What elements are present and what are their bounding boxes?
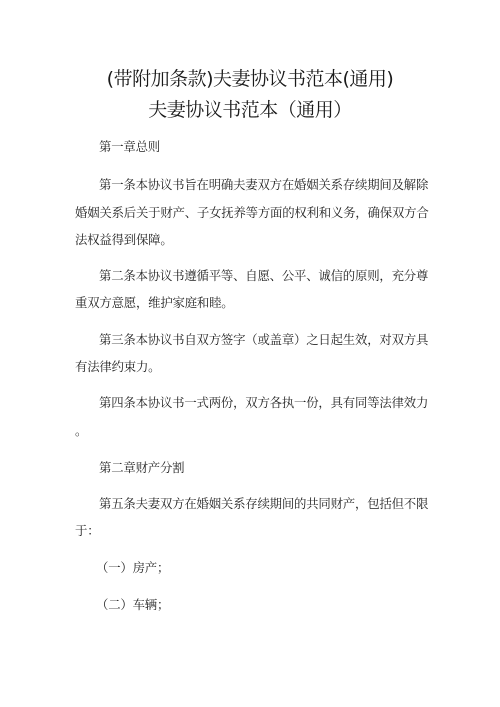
article-1-line-3: 法权益得到保障。 xyxy=(75,230,173,248)
article-1-line-1: 第一条本协议书旨在明确夫妻双方在婚姻关系存续期间及解除 xyxy=(99,175,428,193)
article-4-line-1: 第四条本协议书一式两份，双方各执一份，具有同等法律效力 xyxy=(99,393,428,411)
article-3-line-2: 有法律约束力。 xyxy=(75,357,160,375)
document-title: (带附加条款)夫妻协议书范本(通用) xyxy=(0,64,500,91)
document-page: (带附加条款)夫妻协议书范本(通用) 夫妻协议书范本（通用） 第一章总则 第一条… xyxy=(0,0,500,707)
list-item-vehicles: （二）车辆； xyxy=(96,595,169,613)
chapter-heading-2: 第二章财产分割 xyxy=(99,458,184,476)
article-5-line-2: 于： xyxy=(75,521,99,539)
article-2-line-2: 重双方意愿，维护家庭和睦。 xyxy=(75,293,233,311)
article-1-line-2: 婚姻关系后关于财产、子女抚养等方面的权利和义务，确保双方合 xyxy=(75,203,429,221)
article-3-line-1: 第三条本协议书自双方签字（或盖章）之日起生效，对双方具 xyxy=(99,330,428,348)
chapter-heading-1: 第一章总则 xyxy=(99,137,160,155)
list-item-property: （一）房产； xyxy=(96,558,169,576)
article-5-line-1: 第五条夫妻双方在婚姻关系存续期间的共同财产，包括但不限 xyxy=(99,494,428,512)
document-subtitle: 夫妻协议书范本（通用） xyxy=(0,95,500,122)
article-4-line-2: 。 xyxy=(75,421,87,439)
article-2-line-1: 第二条本协议书遵循平等、自愿、公平、诚信的原则，充分尊 xyxy=(99,266,428,284)
